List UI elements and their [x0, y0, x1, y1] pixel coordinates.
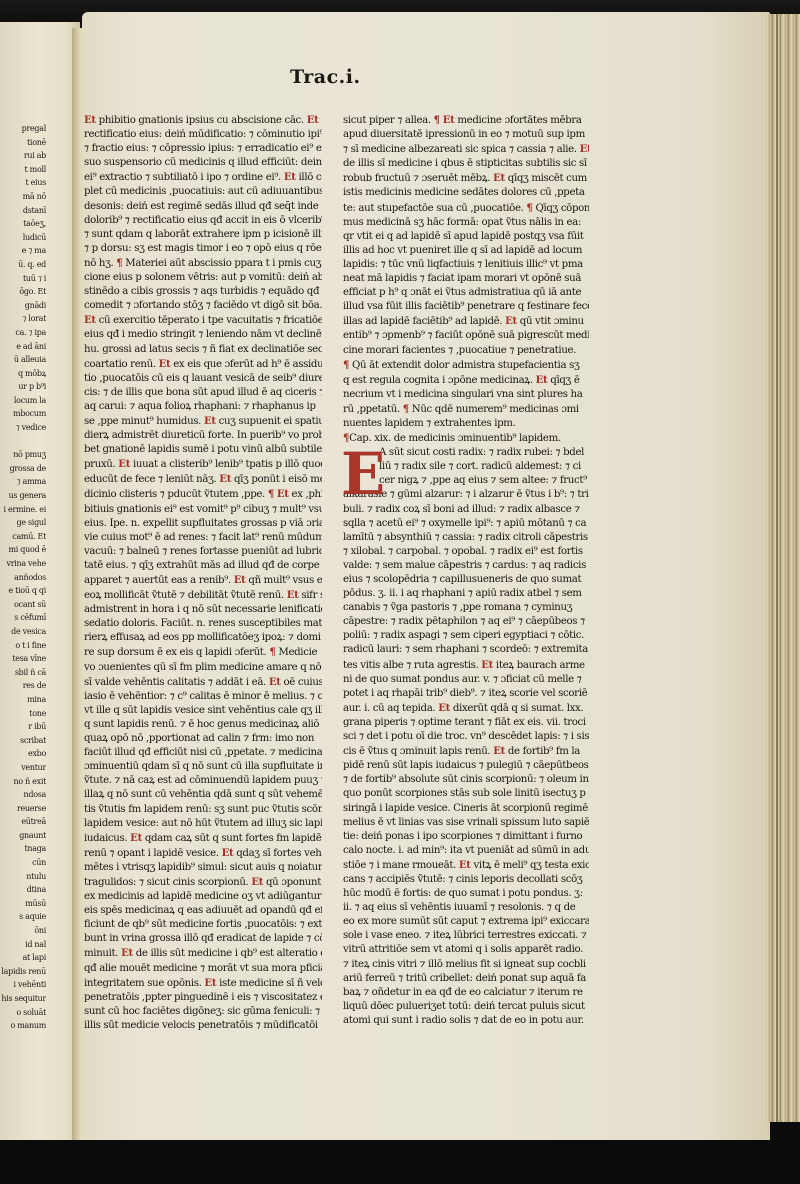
text-run: illis sūt medicie velocis penetratōis ⁊ …: [84, 1020, 318, 1031]
text-column-left: Et phibitio gnationis ipsius cu abscisio…: [84, 113, 322, 1033]
text-run: robub fructuū ⁊ ɔseruēt mēbꝝ.: [343, 173, 493, 184]
text-run: atomi qui sunt i radio solis ⁊ dat de eo…: [343, 1015, 584, 1026]
text-run: aq carui: ⁊ aqua folioꝝ rhaphani: ⁊ rhap…: [84, 401, 316, 412]
text-run: poliū: ⁊ radix aspagi ⁊ sem ciperi egypt…: [343, 630, 584, 641]
text-run: ṽtute. ⁊ nā caꝝ est ad cōminuendū lapide…: [84, 775, 322, 786]
text-line: ⁊ fractio eius: ⁊ cōpressio ipius: ⁊ err…: [84, 142, 322, 156]
text-run: mus medicinā sʒ hāc formā: opat ṽtus nāl…: [343, 217, 581, 228]
text-run: nō hʒ.: [84, 258, 116, 269]
text-line: nuentes lapidem ⁊ extrahentes ipm.: [343, 417, 589, 431]
text-run: sifr si: [298, 590, 322, 601]
facing-page-line: o soluāt: [0, 1006, 46, 1020]
rubricated-initial: Et: [234, 574, 246, 586]
text-run: aur. i. cū aq tepida.: [343, 703, 438, 714]
text-run: vo ɔuenientes qū sī fm plim medicine ama…: [84, 662, 321, 673]
text-run: cis: ⁊ de illis que bona sūt apud illud …: [84, 387, 322, 398]
text-run: ex ,phi: [289, 489, 322, 500]
text-line: ⁊ xilobal. ⁊ carpobal. ⁊ opobal. ⁊ radix…: [343, 545, 589, 559]
text-line: hu. grossi ad latus secis ⁊ ñ fiat ex de…: [84, 343, 322, 357]
text-line: rectificatio eius: deiń mūdificatio: ⁊ c…: [84, 128, 322, 142]
text-run: cū exercitio tēperato i tpe vacuitatis ⁊…: [96, 315, 322, 326]
rubricated-initial: Et: [505, 315, 517, 327]
facing-page-line: no ñ exit: [0, 775, 46, 789]
text-run: neat mā lapidis ⁊ faciat ipam morari vt …: [343, 273, 581, 284]
text-line: desonis: deiń est regimē sedās illud qđ …: [84, 200, 322, 214]
text-run: penetratōis ,ppter pinguedinē i eis ⁊ vi…: [84, 992, 322, 1003]
text-line: sicut piper ⁊ allea. ¶ Et medicine ɔfort…: [343, 113, 589, 128]
text-line: istis medicinis medicine sedātes dolores…: [343, 186, 589, 200]
text-line: ni de quo sumat pondus aur. v. ⁊ ɔficiat…: [343, 673, 589, 687]
text-line: ⁊ p dorsu: sʒ est magis timor i eo ⁊ opō…: [84, 242, 322, 256]
facing-page-line: ocant sū: [0, 598, 46, 612]
facing-page-line: lapidis renū: [0, 965, 46, 979]
facing-page-line: mā nō: [0, 190, 46, 204]
text-run: liquū dōec pulueriʒet totū: deiń tercat …: [343, 1001, 585, 1012]
text-run: vt ille q sūt lapidis vesice sint vehēnt…: [84, 705, 322, 716]
rubricated-initial: Et: [287, 589, 299, 601]
facing-page-line: e ad āni: [0, 340, 46, 354]
facing-page-line: t eius: [0, 176, 46, 190]
text-line: de illis sī medicine i qbus ē stipticita…: [343, 157, 589, 171]
text-line: illaꝝ q nō sunt cū vehēntia qdā sunt q s…: [84, 788, 322, 802]
text-run: Nūc qdē numerem⁹ medicinas ɔmi: [409, 404, 579, 415]
text-line: bitiuis gnationis ei⁹ est vomit⁹ p⁹ cibu…: [84, 503, 322, 517]
facing-page-line: ū. q. ed: [0, 258, 46, 272]
facing-page-line: tionē: [0, 136, 46, 150]
text-line: lapidem vesice: aut nō hūt ṽtutem ad ill…: [84, 817, 322, 831]
text-run: vacuū: ⁊ balneū ⁊ renes fortasse pueniūt…: [84, 546, 322, 557]
text-line: nō hʒ. ¶ Materiei aūt abscissio ppara t …: [84, 256, 322, 271]
facing-page-line: ludicū: [0, 231, 46, 245]
facing-page-line: e ⁊ ma: [0, 244, 46, 258]
text-run: re sup dorsum ē ex eis q lapidi ɔferūt.: [84, 647, 269, 658]
rubricated-initial: Et: [84, 114, 96, 126]
facing-page-line: e tioū q qi: [0, 584, 46, 598]
text-run: iudaicus.: [84, 833, 130, 844]
text-run: entib⁹ ⁊ ɔpmenb⁹ ⁊ faciūt opōnē suā pigr…: [343, 330, 589, 341]
rubricated-initial: Et: [130, 832, 142, 844]
text-line: bunt in vrina grossa illō qđ eradicat de…: [84, 932, 322, 946]
text-run: bunt in vrina grossa illō qđ eradicat de…: [84, 933, 322, 944]
text-run: illas ad lapidē faciētib⁹ ad lapidē.: [343, 316, 505, 327]
text-line: illis ad hoc vt pueniret ille q sī ad la…: [343, 244, 589, 258]
facing-page-line: i ermine. ei: [0, 503, 46, 517]
text-run: ii. ⁊ aq eius sī vehēntis iuuamī ⁊ resol…: [343, 902, 575, 913]
text-run: ⁊ fractio eius: ⁊ cōpressio ipius: ⁊ err…: [84, 143, 322, 154]
text-run: hu. grossi ad latus secis ⁊ ñ fiat ex de…: [84, 344, 322, 355]
text-line: vt ille q sūt lapidis vesice sint vehēnt…: [84, 704, 322, 718]
text-run: dolorib⁹ ⁊ rectificatio eius qđ accit in…: [84, 215, 322, 226]
text-run: cis ē ṽtus q ɔminuit lapis renū.: [343, 746, 493, 757]
text-run: pōdus. ʒ. ii. i aq rhaphani ⁊ apiū radix…: [343, 588, 582, 599]
text-run: iasio ē vehēntior: ⁊ c⁹ calitas ē minor …: [84, 691, 322, 702]
facing-page-line: eūtreā: [0, 815, 46, 829]
text-run: coartatio renū.: [84, 359, 159, 370]
text-run: vitꝝ ē meli⁹ qʒ testa exic: [471, 860, 589, 871]
text-line: ¶ Qū āt extendit dolor admistra stupefac…: [343, 358, 589, 373]
text-run: suo suspensorio cū medicinis q illud eff…: [84, 157, 322, 168]
chapter-opening: E A sūt sicut costi radix: ⁊ radix rubei…: [343, 446, 589, 488]
text-line: Et phibitio gnationis ipsius cu abscisio…: [84, 113, 322, 128]
text-line: eoꝝ mollificāt ṽtutē ⁊ debilitāt ṽtutē r…: [84, 588, 322, 603]
running-head: Trac.i.: [290, 66, 361, 88]
text-line: mētes i vtrisqʒ lapidib⁹ simul: sicut au…: [84, 861, 322, 875]
text-run: illis ad hoc vt pueniret ille q sī ad la…: [343, 245, 582, 256]
text-line: stiōe ⁊ i mane rmoueāt. Et vitꝝ ē meli⁹ …: [343, 858, 589, 873]
text-line: necrium vt i medicina singulari vna sint…: [343, 388, 589, 402]
text-line: iasio ē vehēntior: ⁊ c⁹ calitas ē minor …: [84, 690, 322, 704]
text-run: Qīqʒ cōponi: [533, 203, 589, 214]
text-line: mus medicinā sʒ hāc formā: opat ṽtus nāl…: [343, 216, 589, 230]
text-run: medicine ɔfortātes mēbra: [454, 115, 581, 126]
text-line: vacuū: ⁊ balneū ⁊ renes fortasse pueniūt…: [84, 545, 322, 559]
text-run: renū ⁊ opant i lapidē vesice.: [84, 848, 222, 859]
text-line: q sunt lapidis renū. ⁊ ē hoc genus medic…: [84, 718, 322, 732]
facing-page-line: tuū ⁊ i: [0, 272, 46, 286]
rubricated-initial: Et: [251, 876, 263, 888]
rubricated-initial: Et: [84, 314, 96, 326]
text-line: melius ē vt linias vas sise vrinali spis…: [343, 816, 589, 830]
text-line: cine morari facientes ⁊ ,puocatiue ⁊ pen…: [343, 344, 589, 358]
facing-page-text-column: pregaltionērui abt mollt eiusmā nōdstanī…: [0, 122, 46, 1033]
facing-page-line: ntulu: [0, 870, 46, 884]
text-line: admistrent in hora i q nō sūt necessarie…: [84, 603, 322, 617]
text-run: eius qđ i medio stringit ⁊ leniendo nām …: [84, 329, 322, 340]
text-line: ficiunt de qb⁹ sūt medicine fortis ,puoc…: [84, 918, 322, 932]
facing-page-line: reuerse: [0, 802, 46, 816]
text-run: ariū ferreū ⁊ tritū cribellet: deiń pona…: [343, 973, 586, 984]
rubricated-initial: Et: [459, 859, 471, 871]
text-run: ⁊ p dorsu: sʒ est magis timor i eo ⁊ opō…: [84, 243, 322, 254]
text-line: dicinio clisteris ⁊ pducūt ṽtutem ,ppe. …: [84, 487, 322, 502]
facing-page-line: tnaga: [0, 842, 46, 856]
text-line: dierꝝ admistrēt diureticū forte. In puer…: [84, 429, 322, 443]
text-line: te: aut stupefactōe sua cū ,puocatiōe. ¶…: [343, 201, 589, 216]
text-line: tis ṽtutis fm lapidem renū: sʒ sunt puc …: [84, 803, 322, 817]
text-run: Qū āt extendit dolor admistra stupefacie…: [349, 360, 579, 371]
rubricated-initial: Et: [438, 702, 450, 714]
text-line: suo suspensorio cū medicinis q illud eff…: [84, 156, 322, 170]
text-run: sī valde vehēntis calitatis ⁊ addāt i eā…: [84, 677, 269, 688]
right-column-bottom-text: alkarasie ⁊ gūmi alzarur: ⁊ i alzarur ē …: [343, 488, 589, 1028]
text-line: sī valde vehēntis calitatis ⁊ addāt i eā…: [84, 675, 322, 690]
facing-page-line: nō pmuʒ: [0, 448, 46, 462]
facing-page-line: id nal: [0, 938, 46, 952]
facing-page-line: mbocum: [0, 407, 46, 421]
text-run: qr vtit ei q ad lapidē sī apud lapidē po…: [343, 231, 584, 242]
text-line: stinēdo a cibis grossis ⁊ aqs turbidis ⁊…: [84, 285, 322, 299]
text-line: baꝝ ⁊ oñdetur in ea qđ de eo calciatur ⁊…: [343, 986, 589, 1000]
text-run: eis spēs medicinaꝝ q eas adiuuēt ad opan…: [84, 905, 322, 916]
text-run: tragulidos: ⁊ sicut cinis scorpionū.: [84, 877, 251, 888]
facing-page-line: ū alleuia: [0, 353, 46, 367]
text-run: rierꝝ effusaꝝ ad eos pp mollificatōeʒ ip…: [84, 632, 321, 643]
text-line: ex medicinis ad lapidē medicine oʒ vt ad…: [84, 890, 322, 904]
facing-page-line: dtina: [0, 883, 46, 897]
text-line: apparet ⁊ auertūt eas a renib⁹. Et qñ mu…: [84, 573, 322, 588]
text-line: efficiat p h⁹ q ɔnāt ei ṽtus admistratiu…: [343, 286, 589, 300]
facing-page-line: at lapi: [0, 951, 46, 965]
facing-page-line: o manum: [0, 1019, 46, 1033]
text-run: faciūt illud qđ efficiūt nisi cū ,ppetat…: [84, 747, 322, 758]
text-run: admistrent in hora i q nō sūt necessarie…: [84, 604, 322, 615]
facing-page-line: mina: [0, 693, 46, 707]
text-line: sqlla ⁊ acetū ei⁹ ⁊ oxymelle ipi⁹: ⁊ api…: [343, 517, 589, 531]
text-run: iteꝝ baurach arme: [493, 660, 585, 671]
facing-page-line: de vesica: [0, 625, 46, 639]
facing-page-line: i vehēnti: [0, 978, 46, 992]
text-run: ficiunt de qb⁹ sūt medicine fortis ,puoc…: [84, 919, 322, 930]
text-run: tatē eius. ⁊ qīʒ extrahūt mās ad illud q…: [84, 560, 319, 571]
text-run: eius. Ipe. n. expellit supfluitates gros…: [84, 518, 322, 529]
rubricated-initial: Et: [118, 458, 130, 470]
facing-page-line: s cēfumī: [0, 611, 46, 625]
text-line: lamītū ⁊ absynthiū ⁊ cassia: ⁊ radix cit…: [343, 531, 589, 545]
rubricated-initial: Et: [307, 114, 319, 126]
text-line: cis: ⁊ de illis que bona sūt apud illud …: [84, 386, 322, 400]
text-line: calo nocte. i. ad min⁹: ita vt pueniāt a…: [343, 844, 589, 858]
text-run: qīqʒ miscēt cum: [505, 173, 587, 184]
text-run: illud vsa fūit illis faciētib⁹ penetrare…: [343, 301, 589, 312]
photo-bottom-background: [0, 1140, 800, 1184]
facing-page-line: his sequitur: [0, 992, 46, 1006]
text-run: comedit ⁊ ɔfortando stōʒ ⁊ faciēdo vt di…: [84, 300, 322, 311]
text-run: illō cō: [296, 172, 322, 183]
facing-page-line: r ibū: [0, 720, 46, 734]
text-run: bitiuis gnationis ei⁹ est vomit⁹ p⁹ cibu…: [84, 504, 322, 515]
text-line: Et cū exercitio tēperato i tpe vacuitati…: [84, 313, 322, 328]
text-run: de illis sūt medicine i qb⁹ est alterati…: [133, 948, 322, 959]
text-run: calo nocte. i. ad min⁹: ita vt pueniāt a…: [343, 845, 589, 856]
facing-page-line: ndosa: [0, 788, 46, 802]
right-column-top-text: sicut piper ⁊ allea. ¶ Et medicine ɔfort…: [343, 113, 589, 431]
text-line: ṽtute. ⁊ nā caꝝ est ad cōminuendū lapide…: [84, 774, 322, 788]
text-line: educūt de fece ⁊ leniūt nāʒ. Et qīʒ ponū…: [84, 472, 322, 487]
text-line: illis sūt medicie velocis penetratōis ⁊ …: [84, 1019, 322, 1033]
facing-page-line: ōni: [0, 924, 46, 938]
text-line: q est regula cognita i ɔpōne medicinaꝝ. …: [343, 373, 589, 388]
text-run: lamītū ⁊ absynthiū ⁊ cassia: ⁊ radix cit…: [343, 532, 588, 543]
text-line: canabis ⁊ ṽga pastoris ⁊ ,ppe romana ⁊ c…: [343, 601, 589, 615]
text-run: dierꝝ admistrēt diureticū forte. In puer…: [84, 430, 322, 441]
facing-page-line: ōgo. Et: [0, 285, 46, 299]
text-run: de fortib⁹ fm la: [505, 746, 580, 757]
text-run: baꝝ ⁊ oñdetur in ea qđ de eo calciatur ⁊…: [343, 987, 583, 998]
text-run: qdaʒ sī fortes vehe: [233, 848, 322, 859]
text-run: apud diuersitatē ipressionū in eo ⁊ motu…: [343, 129, 585, 140]
text-run: qū ɔponunt: [263, 877, 321, 888]
text-line: tie: deiń ponas i ipo scorpiones ⁊ dimit…: [343, 830, 589, 844]
text-run: qñ mult⁹ vsus est: [246, 575, 322, 586]
facing-page-line: ge sigul: [0, 516, 46, 530]
text-run: stinēdo a cibis grossis ⁊ aqs turbidis ⁊…: [84, 286, 319, 297]
text-run: rectificatio eius: deiń mūdificatio: ⁊ c…: [84, 129, 322, 140]
text-run: pidē renū sūt lapis iudaicus ⁊ pulegiū ⁊…: [343, 760, 589, 771]
text-run: sole i vase eneo. ⁊ iteꝝ lūbrici terrest…: [343, 930, 589, 941]
text-run: tie: deiń ponas i ipo scorpiones ⁊ dimit…: [343, 831, 582, 842]
text-line: pruxū. Et iuuat a clisterib⁹ lenib⁹ tpat…: [84, 457, 322, 472]
rubricated-initial: Et: [219, 473, 231, 485]
facing-page-line: cūn: [0, 856, 46, 870]
text-run: ⁊ sunt qdam q laborāt extrahere ipm p ic…: [84, 229, 322, 240]
text-run: ⁊ sī medicine albezareati sic spica ⁊ ca…: [343, 144, 580, 155]
text-column-right: sicut piper ⁊ allea. ¶ Et medicine ɔfort…: [343, 113, 589, 1028]
rubricated-initial: Et: [204, 415, 216, 427]
facing-page-line: ur p b⁹i: [0, 380, 46, 394]
text-run: dixerūt qdā q si sumat. lxx.: [450, 703, 583, 714]
text-line: qđ alie mouēt medicine ⁊ morāt vt sua mo…: [84, 962, 322, 976]
text-run: efficiat p h⁹ q ɔnāt ei ṽtus admistratiu…: [343, 287, 581, 298]
facing-page-line: mi quod ē: [0, 543, 46, 557]
text-line: se ,ppe minut⁹ humidus. Et cuʒ supuenit …: [84, 414, 322, 429]
text-run: lapidis: ⁊ tūc vnū liqfactiuis ⁊ lenitiu…: [343, 259, 583, 270]
text-line: tio ,puocatōis cū eis q lauant vesicā de…: [84, 372, 322, 386]
facing-page-line: exbo: [0, 747, 46, 761]
rubricated-initial: Et: [204, 977, 216, 989]
text-run: cione eius p solonem vētris: aut p vomit…: [84, 272, 322, 283]
text-line: illas ad lapidē faciētib⁹ ad lapidē. Et …: [343, 314, 589, 329]
text-line: radicū lauri: ⁊ sem rhaphani ⁊ scordeō: …: [343, 643, 589, 657]
facing-page-line: gnādi: [0, 299, 46, 313]
text-line: pōdus. ʒ. ii. i aq rhaphani ⁊ apiū radix…: [343, 587, 589, 601]
text-line: vo ɔuenientes qū sī fm plim medicine ama…: [84, 661, 322, 675]
text-run: grana piperis ⁊ optime terant ⁊ fiāt ex …: [343, 717, 586, 728]
text-run: qdam caꝝ sūt q sunt fortes fm lapidē: [142, 833, 321, 844]
text-run: tis ṽtutis fm lapidem renū: sʒ sunt puc …: [84, 804, 322, 815]
text-run: illaꝝ q nō sunt cū vehēntia qdā sunt q s…: [84, 789, 322, 800]
rubricated-initial: Et: [121, 947, 133, 959]
text-run: vie cuius mot⁹ ē ad renes: ⁊ facit lat⁹ …: [84, 532, 322, 543]
facing-page-line: pregal: [0, 122, 46, 136]
text-run: oē cuius: [281, 677, 322, 688]
text-run: Medicie: [275, 647, 317, 658]
text-line: ⁊ sī medicine albezareati sic spica ⁊ ca…: [343, 142, 589, 157]
text-run: minuit.: [84, 948, 121, 959]
text-line: rū ,ppetatū. ¶ Nūc qdē numerem⁹ medicina…: [343, 402, 589, 417]
facing-page-line: ca. ⁊ ipa: [0, 326, 46, 340]
text-run: ⁊ xilobal. ⁊ carpobal. ⁊ opobal. ⁊ radix…: [343, 546, 583, 557]
text-run: potet i aq rhapāi trib⁹ dieb⁹. ⁊ iteꝝ sc…: [343, 688, 587, 699]
text-run: ⁊ de fortib⁹ absolute sūt cinis scorpion…: [343, 774, 589, 785]
text-line: eis spēs medicinaꝝ q eas adiuuēt ad opan…: [84, 904, 322, 918]
text-run: radicū lauri: ⁊ sem rhaphani ⁊ scordeō: …: [343, 644, 588, 655]
facing-page-line: taōeʒ,: [0, 217, 46, 231]
facing-page-line: camū. Et: [0, 530, 46, 544]
facing-page-line: ⁊ amma: [0, 475, 46, 489]
text-run: qīʒ ponūt i eisō me: [231, 474, 322, 485]
text-line: illud vsa fūit illis faciētib⁹ penetrare…: [343, 300, 589, 314]
text-run: phibitio gnationis ipsius cu abscisione …: [96, 115, 307, 126]
page-fore-edges: [766, 14, 800, 1122]
text-run: bet gnationē lapidis sumē i potu vinū al…: [84, 444, 322, 455]
facing-page-line: s aquie: [0, 910, 46, 924]
text-run: ex eis que ɔferūt ad h⁹ ē assidua: [170, 359, 322, 370]
text-run: se ,ppe minut⁹ humidus.: [84, 416, 204, 427]
text-line: ⁊ iteꝝ cinis vitri ⁊ illō melius fit si …: [343, 958, 589, 972]
text-run: q est regula cognita i ɔpōne medicinaꝝ.: [343, 375, 536, 386]
text-run: ⁊ iteꝝ cinis vitri ⁊ illō melius fit si …: [343, 959, 586, 970]
text-run: mētes i vtrisqʒ lapidib⁹ simul: sicut au…: [84, 862, 322, 873]
text-run: Materiei aūt abscissio ppara t i pmis cu…: [122, 258, 321, 269]
text-line: potet i aq rhapāi trib⁹ dieb⁹. ⁊ iteꝝ sc…: [343, 687, 589, 701]
text-run: siringā i lapide vesice. Cineris āt scor…: [343, 803, 588, 814]
text-run: vitrū attritiōe sem vt atomi q i solis a…: [343, 944, 583, 955]
text-run: apparet ⁊ auertūt eas a renib⁹.: [84, 575, 234, 586]
rubricated-initial: Et: [159, 358, 171, 370]
text-run: ei⁹ extractio ⁊ subtiliatō i ipo ⁊ ordin…: [84, 172, 284, 183]
text-run: sci ⁊ det i potu oī die troc. vn⁹ descēd…: [343, 731, 589, 742]
text-line: apud diuersitatē ipressionū in eo ⁊ motu…: [343, 128, 589, 142]
text-run: de illis sī medicine i qbus ē stipticita…: [343, 158, 587, 169]
text-run: plet cū medicinis ,puocatiuis: aut cū ad…: [84, 186, 322, 197]
facing-page-line: locum la: [0, 394, 46, 408]
text-line: tatē eius. ⁊ qīʒ extrahūt mās ad illud q…: [84, 559, 322, 573]
text-line: sedatio doloris. Faciūt. n. renes suscep…: [84, 617, 322, 631]
text-run: quaꝝ opō nō ,pportionat ad calin ⁊ frm: …: [84, 733, 314, 744]
text-line: dolorib⁹ ⁊ rectificatio eius qđ accit in…: [84, 214, 322, 228]
text-line: bet gnationē lapidis sumē i potu vinū al…: [84, 443, 322, 457]
text-run: qū vtit ɔminu: [517, 316, 584, 327]
facing-page-line: gnaunt: [0, 829, 46, 843]
text-run: ɔminuentiū qdam sī q nō sunt cū illa sup…: [84, 761, 322, 772]
text-line: iudaicus. Et qdam caꝝ sūt q sunt fortes …: [84, 831, 322, 846]
text-line: cans ⁊ accipiēs ṽtutē: ⁊ cinis leporis d…: [343, 873, 589, 887]
text-line: comedit ⁊ ɔfortando stōʒ ⁊ faciēdo vt di…: [84, 299, 322, 313]
text-run: eoꝝ mollificāt ṽtutē ⁊ debilitāt ṽtutē r…: [84, 590, 287, 601]
rubricated-initial: Et: [493, 745, 505, 757]
facing-page-line: ventur: [0, 761, 46, 775]
rubricated-initial: Et: [580, 143, 589, 155]
text-run: istis medicinis medicine sedātes dolores…: [343, 187, 585, 198]
text-run: sedatio doloris. Faciūt. n. renes suscep…: [84, 618, 322, 629]
text-line: sci ⁊ det i potu oī die troc. vn⁹ descēd…: [343, 730, 589, 744]
text-line: renū ⁊ opant i lapidē vesice. Et qdaʒ sī…: [84, 846, 322, 861]
text-run: rū ,ppetatū.: [343, 404, 403, 415]
facing-page-line: ⁊ vedice: [0, 421, 46, 435]
text-run: sicut piper ⁊ allea.: [343, 115, 434, 126]
text-line: plet cū medicinis ,puocatiuis: aut cū ad…: [84, 185, 322, 199]
text-line: atomi qui sunt i radio solis ⁊ dat de eo…: [343, 1014, 589, 1028]
text-run: dicinio clisteris ⁊ pducūt ṽtutem ,ppe.: [84, 489, 268, 500]
facing-page-line: dstanī: [0, 204, 46, 218]
text-line: sunt cū hoc faciētes digōneʒ: sic gūma f…: [84, 1005, 322, 1019]
text-run: iste medicine sī ñ velocis: [216, 978, 322, 989]
facing-page-line: t moll: [0, 163, 46, 177]
text-run: melius ē vt linias vas sise vrinali spis…: [343, 817, 589, 828]
text-line: re sup dorsum ē ex eis q lapidi ɔferūt. …: [84, 645, 322, 660]
text-run: cans ⁊ accipiēs ṽtutē: ⁊ cinis leporis d…: [343, 874, 582, 885]
facing-page-line: o t i fine: [0, 639, 46, 653]
text-run: cine morari facientes ⁊ ,puocatiue ⁊ pen…: [343, 345, 576, 356]
facing-page-line: tesa vīne: [0, 652, 46, 666]
rubricated-initial: Et: [284, 171, 296, 183]
paragraph-mark-icon: ¶: [434, 114, 440, 126]
text-run: qđ alie mouēt medicine ⁊ morāt vt sua mo…: [84, 963, 322, 974]
text-run: tes vitis albe ⁊ ruta agrestis.: [343, 660, 481, 671]
text-line: rierꝝ effusaꝝ ad eos pp mollificatōeʒ ip…: [84, 631, 322, 645]
text-run: tio ,puocatōis cū eis q lauant vesicā de…: [84, 373, 322, 384]
text-line: cāpestre: ⁊ radix pētaphilon ⁊ aq ei⁹ ⁊ …: [343, 615, 589, 629]
facing-page-line: q mōbꝝ: [0, 367, 46, 381]
rubricated-initial: Et: [493, 172, 505, 184]
text-run: ex medicinis ad lapidē medicine oʒ vt ad…: [84, 891, 321, 902]
text-line: minuit. Et de illis sūt medicine i qb⁹ e…: [84, 946, 322, 961]
text-run: lapidem vesice: aut nō hūt ṽtutem ad ill…: [84, 818, 322, 829]
text-run: necrium vt i medicina singulari vna sint…: [343, 389, 582, 400]
text-line: faciūt illud qđ efficiūt nisi cū ,ppetat…: [84, 746, 322, 760]
rubricated-initial: Et: [481, 659, 493, 671]
text-run: integritatem sue opōnis.: [84, 978, 204, 989]
